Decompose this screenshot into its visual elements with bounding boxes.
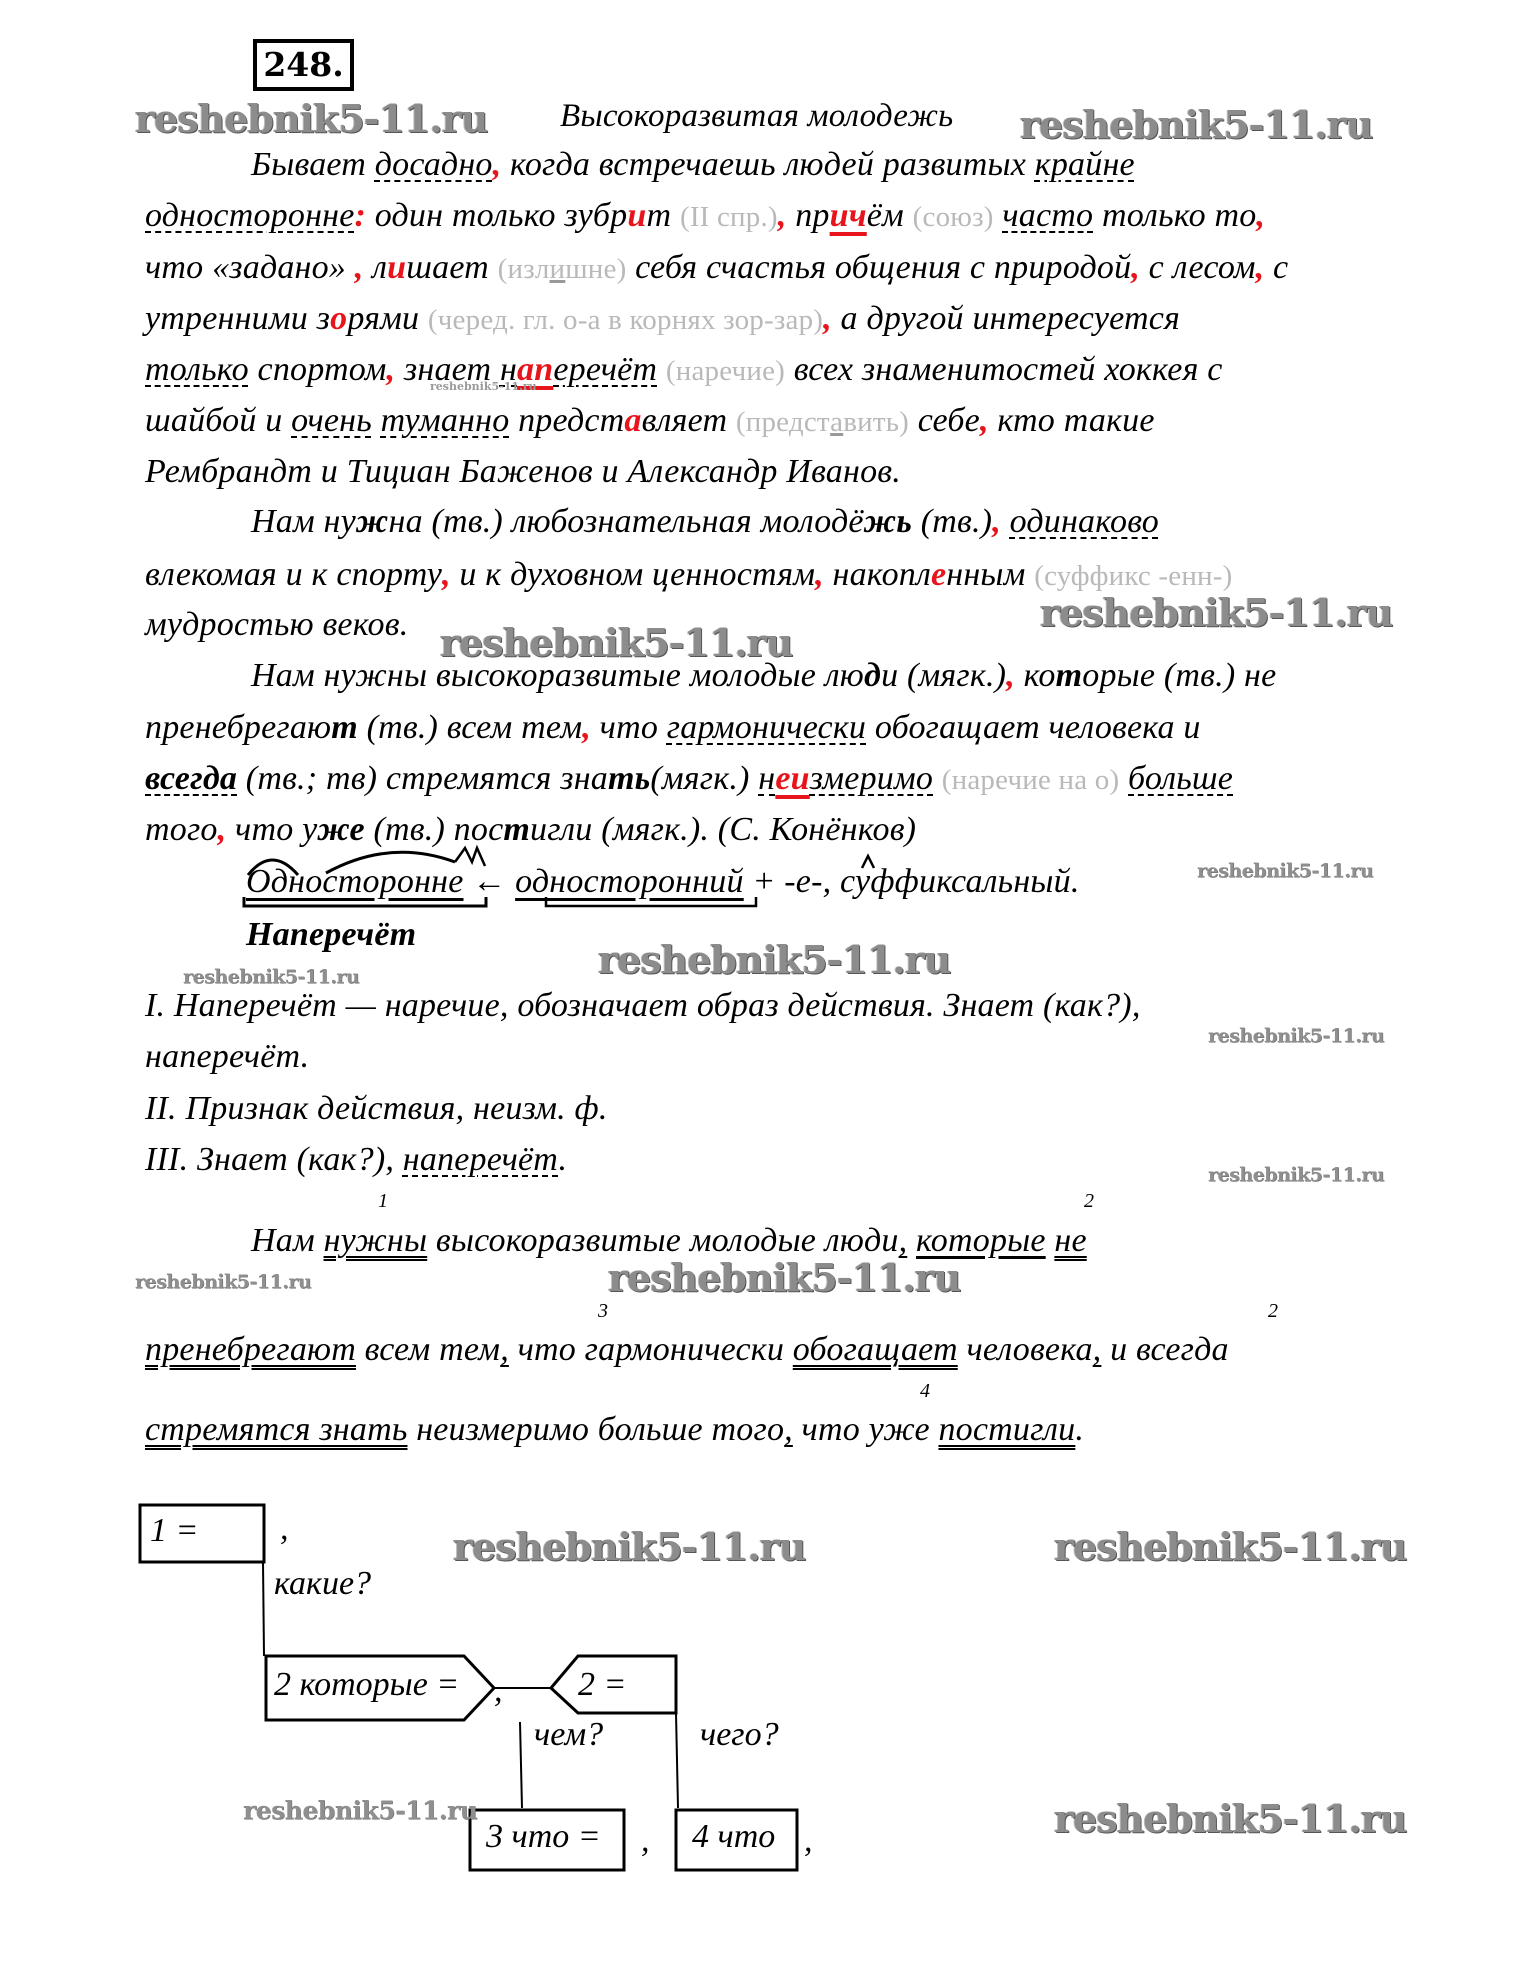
analysis-heading: Наперечёт: [246, 915, 416, 955]
text-run: еречёт: [553, 351, 657, 388]
paragraph-2-line: Нам нужна (тв.) любознательная молодёжь …: [251, 502, 1159, 542]
watermark: reshebnik5-11.ru: [1054, 1796, 1406, 1841]
text-run: себя счастья общения с природой: [626, 249, 1131, 286]
text-run: досадно: [375, 146, 493, 183]
text-run: того: [145, 811, 218, 848]
text-run: высокоразвитые молодые люди: [427, 1222, 898, 1259]
text-run: Нам: [251, 1222, 324, 1259]
analysis-line-3-text: III. Знает (как?),: [145, 1141, 403, 1178]
text-run: что «задано»: [145, 249, 355, 286]
grammar-note: (II спр.): [680, 201, 778, 233]
text-run: [933, 760, 942, 797]
diagram-comma: ,: [280, 1510, 289, 1548]
syntax-line-2: пренебрегают всем тем, что гармонически …: [145, 1330, 1229, 1370]
sentence-member: стремятся знать: [145, 1411, 408, 1448]
diagram-comma: ,: [641, 1822, 650, 1860]
highlighted-letter: ,: [493, 146, 502, 183]
diagram-question-3: чего?: [700, 1716, 779, 1754]
text-run: односторонне: [145, 197, 355, 234]
watermark: reshebnik5-11.ru: [1020, 102, 1372, 147]
text-run: и к духовном ценностям: [451, 556, 815, 593]
morpheme-word: Односторонне: [246, 863, 464, 900]
paragraph-1-line: шайбой и очень туманно представляет (пре…: [145, 401, 1155, 442]
text-run: а другой интересуется: [832, 300, 1180, 337]
text-run: только: [145, 351, 249, 388]
grammar-note: (суффикс -енн-): [1034, 560, 1232, 592]
text-run: только то: [1093, 197, 1256, 234]
sentence-member: обогащает: [793, 1331, 958, 1368]
text-run: жь: [864, 503, 912, 540]
sentence-member: не: [1054, 1222, 1086, 1259]
text-run: .: [1075, 1411, 1084, 1448]
text-run: (тв.) всем тем: [358, 709, 582, 746]
text-run: и (мягк.): [881, 657, 1006, 694]
text-run: ж: [356, 503, 389, 540]
text-run: одинаково: [1010, 503, 1159, 540]
text-run: мудростью веков.: [145, 606, 408, 643]
watermark: reshebnik5-11.ru: [1040, 590, 1392, 635]
highlighted-letter: а: [624, 402, 641, 439]
text-run: с: [1264, 249, 1288, 286]
sentence-member: пренебрегают: [145, 1331, 356, 1368]
analysis-line-2: II. Признак действия, неизм. ф.: [145, 1089, 608, 1129]
text-run: гармонически: [667, 709, 866, 746]
analysis-line-1: I. Наперечёт — наречие, обозначает образ…: [145, 986, 1141, 1026]
text-run: нным: [946, 556, 1034, 593]
sentence-member: ,: [784, 1411, 793, 1448]
paragraph-1-line: односторонне: один только зубрит (II спр…: [145, 196, 1265, 237]
diagram-box-2a-label: 2 которые =: [274, 1666, 459, 1704]
exercise-number: 248.: [253, 39, 354, 91]
sentence-member: нужны: [324, 1222, 428, 1259]
text-run: л: [363, 249, 387, 286]
text-run: Бывает: [251, 146, 375, 183]
text-run: предст: [509, 402, 624, 439]
paragraph-1-line: Бывает досадно, когда встречаешь людей р…: [251, 145, 1135, 185]
watermark: reshebnik5-11.ru: [1054, 1524, 1406, 1569]
morpheme-description: + -е-, суффиксальный.: [744, 863, 1080, 900]
highlighted-letter: ,: [980, 402, 989, 439]
analysis-line-3: III. Знает (как?), наперечёт.: [145, 1140, 567, 1180]
text-run: крайне: [1035, 146, 1135, 183]
diagram-box-3-label: 3 что =: [486, 1818, 601, 1856]
text-run: д: [864, 657, 881, 694]
text-run: неизмеримо больше того: [408, 1411, 785, 1448]
text-run: игли (мягк.). (С. Конёнков): [530, 811, 916, 848]
diagram-link: [263, 1562, 264, 1656]
text-run: (тв.) пос: [365, 811, 504, 848]
text-run: ть: [608, 760, 650, 797]
text-run: же: [317, 811, 364, 848]
paragraph-3-line: пренебрегают (тв.) всем тем, что гармони…: [145, 708, 1201, 748]
text-title: Высокоразвитая молодежь: [560, 96, 953, 136]
text-run: рями: [347, 300, 428, 337]
watermark: reshebnik5-11.ru: [1197, 860, 1373, 882]
text-run: человека: [958, 1331, 1093, 1368]
watermark: reshebnik5-11.ru: [440, 620, 792, 665]
text-run: всех знаменитостей хоккея с: [785, 351, 1223, 388]
grammar-note: и: [550, 253, 566, 285]
text-run: и всегда: [1101, 1331, 1228, 1368]
highlighted-letter: еи: [775, 760, 809, 797]
text-run: (тв.; тв) стремятся зна: [237, 760, 608, 797]
highlighted-letter: :: [355, 197, 367, 234]
watermark: reshebnik5-11.ru: [453, 1524, 805, 1569]
text-run: [657, 351, 666, 388]
morpheme-analysis: Односторонне ← односторонний + -е-, суфф…: [246, 862, 1080, 902]
highlighted-letter: ,: [823, 300, 832, 337]
paragraph-1-line: утренними зорями (черед. гл. о-а в корня…: [145, 299, 1180, 340]
text-run: [907, 1222, 916, 1259]
grammar-note: а: [830, 406, 843, 438]
diagram-question-1: какие?: [274, 1565, 371, 1603]
text-run: шает: [406, 249, 497, 286]
text-run: всегда: [145, 760, 237, 797]
diagram-question-2: чем?: [534, 1716, 603, 1754]
grammar-note: (союз): [913, 201, 994, 233]
diagram-link: [520, 1722, 522, 1808]
grammar-note: (предст: [736, 406, 830, 438]
text-run: себе: [909, 402, 980, 439]
text-run: что уже: [793, 1411, 939, 1448]
text-run: [372, 402, 381, 439]
diagram-comma: ,: [494, 1672, 503, 1710]
diagram-box-4-label: 4 что: [692, 1818, 775, 1856]
sentence-member: ,: [500, 1331, 509, 1368]
watermark: reshebnik5-11.ru: [430, 380, 537, 393]
clause-number: 2: [1268, 1300, 1278, 1323]
text-run: с лесом: [1140, 249, 1256, 286]
grammar-note: вить): [843, 406, 909, 438]
text-run: очень: [291, 402, 372, 439]
text-run: (тв.): [912, 503, 992, 540]
analysis-line-1b: наперечёт.: [145, 1037, 309, 1077]
highlighted-letter: ,: [387, 351, 396, 388]
text-run: спортом: [249, 351, 387, 388]
highlighted-letter: ,: [442, 556, 451, 593]
highlighted-letter: ,: [778, 197, 787, 234]
clause-number: 1: [378, 1190, 388, 1213]
watermark: reshebnik5-11.ru: [135, 1271, 311, 1293]
text-run: обогащает человека и: [866, 709, 1201, 746]
diagram-box-1-label: 1 =: [150, 1512, 198, 1550]
diagram-box-2b-label: 2 =: [578, 1666, 626, 1704]
clause-number: 3: [598, 1300, 608, 1323]
text-run: орые (тв.) не: [1082, 657, 1276, 694]
watermark: reshebnik5-11.ru: [598, 937, 950, 982]
syntax-line-3: стремятся знать неизмеримо больше того, …: [145, 1410, 1084, 1450]
text-run: туманно: [381, 402, 510, 439]
highlighted-letter: ,: [582, 709, 591, 746]
text-run: [1119, 760, 1128, 797]
text-run: что: [591, 709, 667, 746]
highlighted-letter: ,: [1131, 249, 1140, 286]
text-run: накопл: [824, 556, 931, 593]
text-run: ём: [867, 197, 913, 234]
highlighted-letter: ,: [1256, 197, 1265, 234]
highlighted-letter: ,: [815, 556, 824, 593]
text-run: (мягк.): [650, 760, 758, 797]
text-run: кто такие: [989, 402, 1155, 439]
text-run: что гармонически: [509, 1331, 793, 1368]
analysis-line-3-end: .: [558, 1141, 567, 1178]
highlighted-letter: е: [931, 556, 946, 593]
grammar-note: шне): [565, 253, 626, 285]
paragraph-3-line: того, что уже (тв.) постигли (мягк.). (С…: [145, 810, 916, 850]
watermark: reshebnik5-11.ru: [135, 96, 487, 141]
text-run: [1001, 503, 1010, 540]
text-run: т: [503, 811, 530, 848]
text-run: шайбой и: [145, 402, 291, 439]
text-run: Рембрандт и Тициан Баженов и Александр И…: [145, 453, 901, 490]
text-run: что у: [226, 811, 317, 848]
highlighted-letter: ,: [1006, 657, 1015, 694]
highlighted-letter: ,: [992, 503, 1001, 540]
analysis-line-3-word: наперечёт: [403, 1141, 559, 1178]
sentence-member: ,: [899, 1222, 908, 1259]
text-run: один только зубр: [366, 197, 627, 234]
text-run: когда встречаешь людей развитых: [501, 146, 1034, 183]
paragraph-1-line: Рембрандт и Тициан Баженов и Александр И…: [145, 452, 901, 492]
grammar-note: (наречие): [666, 355, 785, 387]
text-run: влекомая и к спорту: [145, 556, 442, 593]
clause-number: 4: [920, 1380, 930, 1403]
paragraph-3-line: всегда (тв.; тв) стремятся знать(мягк.) …: [145, 759, 1233, 800]
watermark: reshebnik5-11.ru: [608, 1255, 960, 1300]
sentence-member: постигли: [938, 1411, 1075, 1448]
text-run: пр: [787, 197, 830, 234]
highlighted-letter: о: [330, 300, 347, 337]
grammar-note: (наречие на о): [942, 764, 1120, 796]
diagram-comma: ,: [804, 1822, 813, 1860]
grammar-note: (черед. гл. о-а в корнях зор-зар): [428, 304, 823, 336]
watermark: reshebnik5-11.ru: [243, 1796, 477, 1825]
watermark: reshebnik5-11.ru: [183, 966, 359, 988]
morpheme-base-word: односторонний: [515, 863, 744, 900]
paragraph-1-line: только спортом, знает наперечёт (наречие…: [145, 350, 1223, 391]
text-run: часто: [1002, 197, 1093, 234]
text-run: змеримо: [810, 760, 933, 797]
text-run: больше: [1128, 760, 1233, 797]
watermark: reshebnik5-11.ru: [1208, 1164, 1384, 1186]
arrow-left-icon: ←: [472, 863, 506, 900]
text-run: т: [647, 197, 680, 234]
paragraph-2-line: мудростью веков.: [145, 605, 408, 645]
text-run: на (тв.) любознательная молодё: [389, 503, 864, 540]
text-run: ко: [1015, 657, 1056, 694]
text-run: утренними з: [145, 300, 330, 337]
clause-number: 2: [1084, 1190, 1094, 1213]
text-run: вляет: [642, 402, 736, 439]
text-run: т: [1056, 657, 1083, 694]
paragraph-1-line: что «задано» , лишает (излишне) себя сча…: [145, 248, 1288, 289]
highlighted-letter: и: [387, 249, 406, 286]
highlighted-letter: и: [627, 197, 646, 234]
text-run: Нам ну: [251, 503, 356, 540]
sentence-member: которые: [916, 1222, 1046, 1259]
diagram-link: [676, 1713, 678, 1808]
highlighted-letter: ич: [830, 197, 867, 234]
text-run: н: [758, 760, 775, 797]
grammar-note: (изл: [498, 253, 550, 285]
text-run: т: [331, 709, 358, 746]
text-run: пренебрегаю: [145, 709, 331, 746]
watermark: reshebnik5-11.ru: [1208, 1025, 1384, 1047]
text-run: всем тем: [356, 1331, 500, 1368]
